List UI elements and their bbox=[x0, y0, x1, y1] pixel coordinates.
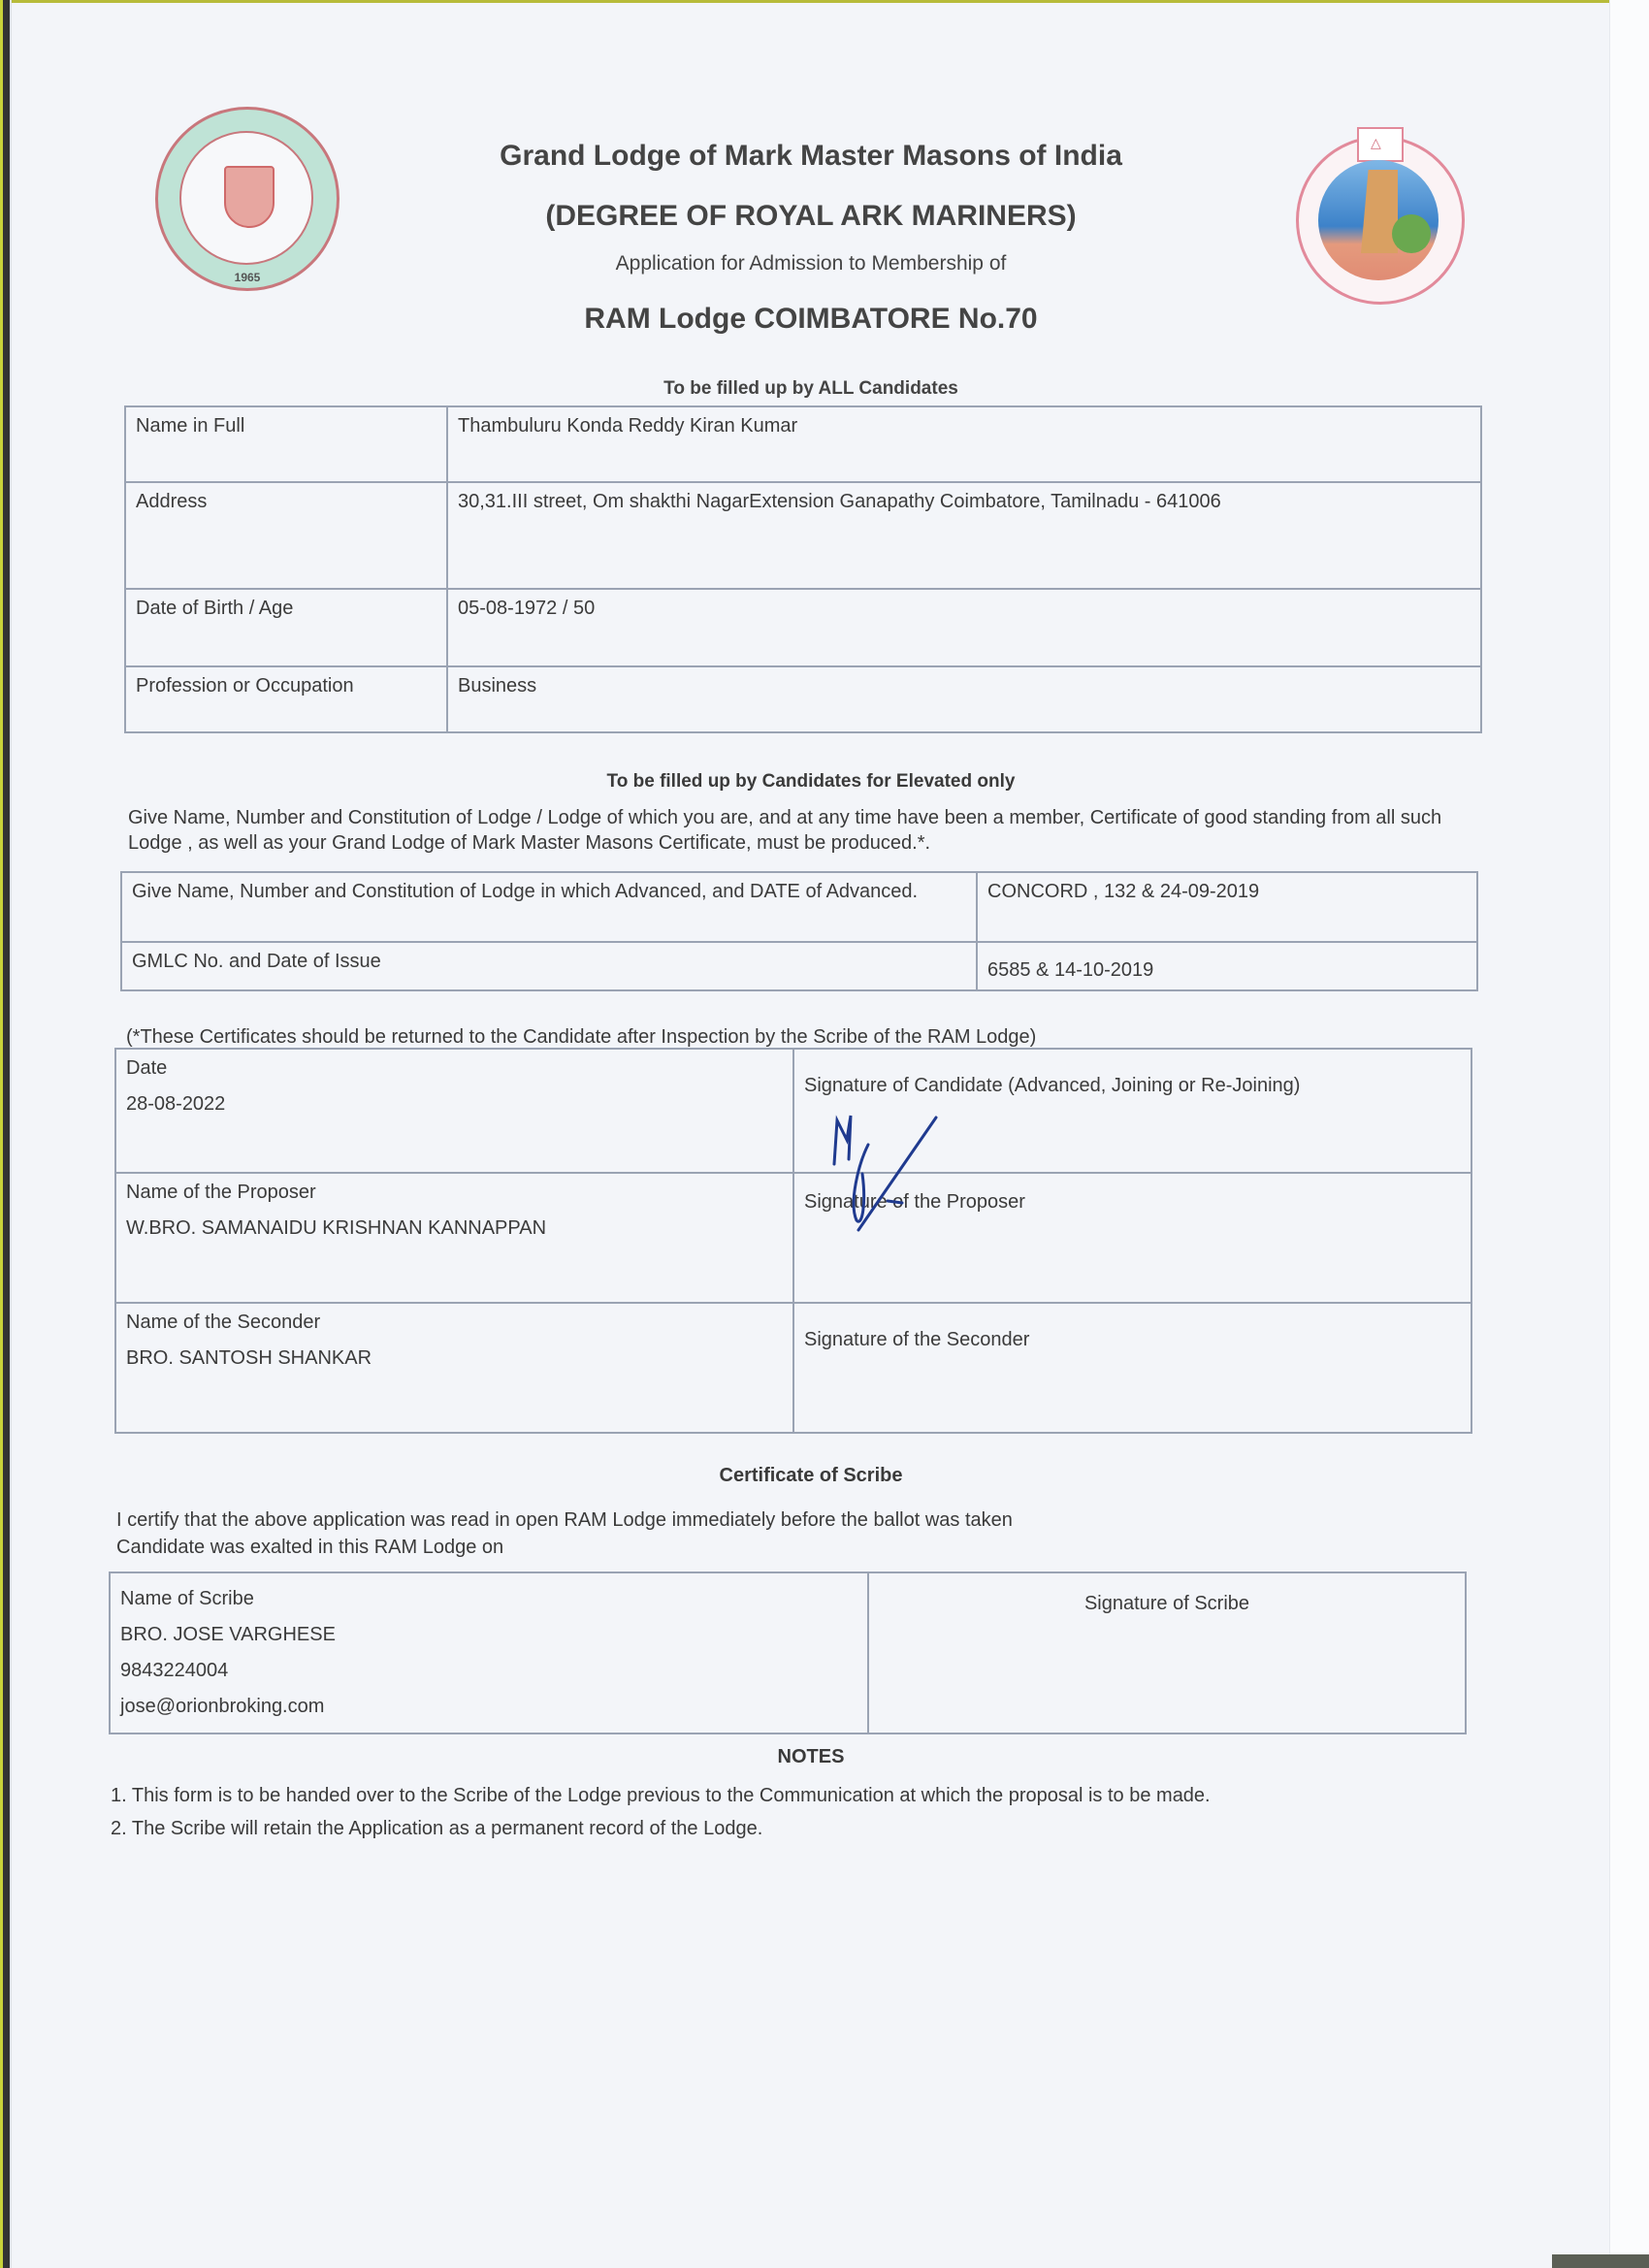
gmlc-value: 6585 & 14-10-2019 bbox=[977, 942, 1477, 990]
scribe-phone: 9843224004 bbox=[120, 1653, 857, 1689]
section-all-title: To be filled up by ALL Candidates bbox=[132, 378, 1490, 400]
candidate-signature-label: Signature of Candidate (Advanced, Joinin… bbox=[804, 1075, 1300, 1096]
profession-label: Profession or Occupation bbox=[125, 666, 447, 732]
signatures-table: Date 28-08-2022 Signature of Candidate (… bbox=[114, 1048, 1472, 1434]
section-elevated-title: To be filled up by Candidates for Elevat… bbox=[132, 771, 1490, 793]
proposer-value: W.BRO. SAMANAIDU KRISHNAN KANNAPPAN bbox=[126, 1217, 783, 1240]
notes-list: 1. This form is to be handed over to the… bbox=[111, 1783, 1488, 1841]
table-row: Date 28-08-2022 Signature of Candidate (… bbox=[115, 1049, 1471, 1173]
advanced-lodge-label: Give Name, Number and Constitution of Lo… bbox=[121, 872, 977, 942]
address-value: 30,31.III street, Om shakthi NagarExtens… bbox=[447, 482, 1481, 589]
note-item: 1. This form is to be handed over to the… bbox=[111, 1783, 1488, 1808]
scribe-details-cell: Name of Scribe BRO. JOSE VARGHESE 984322… bbox=[110, 1572, 868, 1733]
table-row: Name of the Seconder BRO. SANTOSH SHANKA… bbox=[115, 1303, 1471, 1433]
notes-title: NOTES bbox=[132, 1746, 1490, 1768]
certificates-footnote: (*These Certificates should be returned … bbox=[126, 1024, 1484, 1050]
address-label: Address bbox=[125, 482, 447, 589]
org-name: Grand Lodge of Mark Master Masons of Ind… bbox=[132, 140, 1490, 173]
scribe-table: Name of Scribe BRO. JOSE VARGHESE 984322… bbox=[109, 1571, 1467, 1734]
seconder-label: Name of the Seconder bbox=[126, 1312, 320, 1333]
elevated-instructions: Give Name, Number and Constitution of Lo… bbox=[128, 805, 1467, 856]
proposer-label: Name of the Proposer bbox=[126, 1182, 316, 1203]
table-row: Name of Scribe BRO. JOSE VARGHESE 984322… bbox=[110, 1572, 1466, 1733]
dob-value: 05-08-1972 / 50 bbox=[447, 589, 1481, 666]
name-value: Thambuluru Konda Reddy Kiran Kumar bbox=[447, 406, 1481, 482]
table-row: Profession or Occupation Business bbox=[125, 666, 1481, 732]
scribe-certify-line: I certify that the above application was… bbox=[116, 1507, 1474, 1533]
scan-edge-bottom bbox=[1552, 2254, 1649, 2268]
date-cell: Date 28-08-2022 bbox=[115, 1049, 793, 1173]
scan-edge-right bbox=[1609, 0, 1649, 2268]
seconder-signature-label: Signature of the Seconder bbox=[804, 1329, 1029, 1350]
scribe-signature-cell[interactable]: Signature of Scribe bbox=[868, 1572, 1466, 1733]
table-row: GMLC No. and Date of Issue 6585 & 14-10-… bbox=[121, 942, 1477, 990]
dob-label: Date of Birth / Age bbox=[125, 589, 447, 666]
scribe-name-value: BRO. JOSE VARGHESE bbox=[120, 1617, 857, 1653]
date-value: 28-08-2022 bbox=[126, 1093, 783, 1116]
scan-edge-top bbox=[0, 0, 1649, 3]
profession-value: Business bbox=[447, 666, 1481, 732]
seconder-value: BRO. SANTOSH SHANKAR bbox=[126, 1347, 783, 1370]
scan-edge-left bbox=[0, 0, 12, 2268]
table-row: Address 30,31.III street, Om shakthi Nag… bbox=[125, 482, 1481, 589]
date-label: Date bbox=[126, 1057, 167, 1079]
scribe-signature-label: Signature of Scribe bbox=[1084, 1593, 1249, 1614]
table-row: Date of Birth / Age 05-08-1972 / 50 bbox=[125, 589, 1481, 666]
scribe-exalted-line: Candidate was exalted in this RAM Lodge … bbox=[116, 1535, 1474, 1560]
scribe-email: jose@orionbroking.com bbox=[120, 1689, 857, 1725]
advanced-lodge-value: CONCORD , 132 & 24-09-2019 bbox=[977, 872, 1477, 942]
gmlc-label: GMLC No. and Date of Issue bbox=[121, 942, 977, 990]
scribe-name-label: Name of Scribe bbox=[120, 1581, 857, 1617]
elevated-table: Give Name, Number and Constitution of Lo… bbox=[120, 871, 1478, 991]
seconder-cell: Name of the Seconder BRO. SANTOSH SHANKA… bbox=[115, 1303, 793, 1433]
candidate-signature-icon bbox=[829, 1106, 946, 1232]
scribe-section-title: Certificate of Scribe bbox=[132, 1465, 1490, 1487]
seconder-signature-cell[interactable]: Signature of the Seconder bbox=[793, 1303, 1471, 1433]
table-row: Name of the Proposer W.BRO. SAMANAIDU KR… bbox=[115, 1173, 1471, 1303]
proposer-cell: Name of the Proposer W.BRO. SAMANAIDU KR… bbox=[115, 1173, 793, 1303]
name-label: Name in Full bbox=[125, 406, 447, 482]
table-row: Give Name, Number and Constitution of Lo… bbox=[121, 872, 1477, 942]
lodge-name: RAM Lodge COIMBATORE No.70 bbox=[132, 303, 1490, 336]
application-line: Application for Admission to Membership … bbox=[132, 252, 1490, 275]
degree-title: (DEGREE OF ROYAL ARK MARINERS) bbox=[132, 200, 1490, 233]
candidate-details-table: Name in Full Thambuluru Konda Reddy Kira… bbox=[124, 405, 1482, 733]
note-item: 2. The Scribe will retain the Applicatio… bbox=[111, 1816, 1488, 1841]
table-row: Name in Full Thambuluru Konda Reddy Kira… bbox=[125, 406, 1481, 482]
